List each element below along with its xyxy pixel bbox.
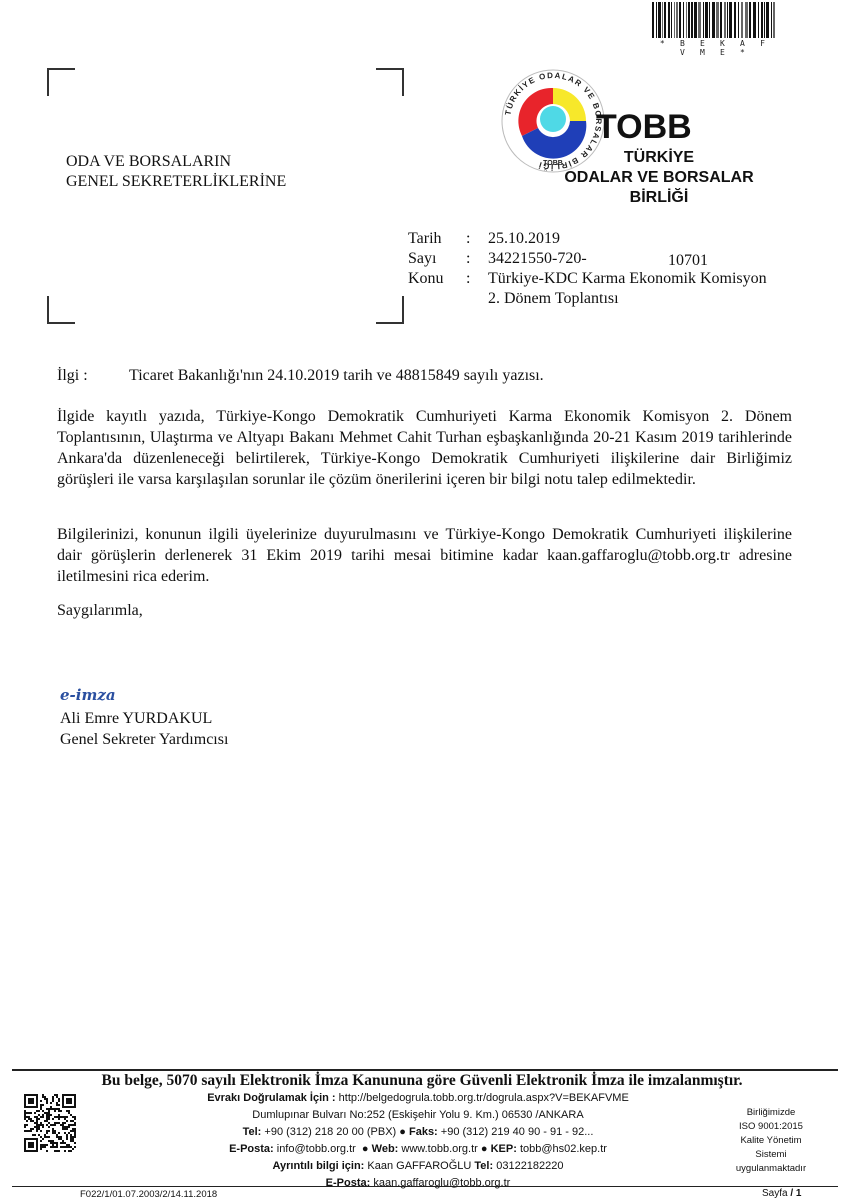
signer-title: Genel Sekreter Yardımcısı (60, 729, 228, 750)
meta-row-date: Tarih : 25.10.2019 (408, 229, 818, 249)
email-link[interactable]: info@tobb.org.tr (277, 1143, 356, 1155)
fax-label: Faks: (409, 1126, 438, 1138)
envelope-corner-bottom-right (376, 296, 404, 324)
number-label: Sayı (408, 249, 466, 269)
reference-label: İlgi : (57, 366, 129, 386)
address-line: Dumlupınar Bulvarı No:252 (Eskişehir Yol… (150, 1107, 686, 1124)
verify-url-link[interactable]: http://belgedogrula.tobb.org.tr/dogrula.… (339, 1092, 629, 1104)
iso-line: ISO 9001:2015 (726, 1120, 816, 1134)
iso-line: Birliğimizde (726, 1106, 816, 1120)
footer-divider-top (12, 1069, 838, 1071)
subject-line: 2. Dönem Toplantısı (488, 289, 818, 309)
recipient-line: ODA VE BORSALARIN (66, 152, 286, 172)
document-meta: Tarih : 25.10.2019 Sayı : 34221550-720-1… (408, 229, 818, 309)
barcode-label: * B E K A F V M E * (652, 39, 778, 57)
org-line: BİRLİĞİ (548, 188, 770, 208)
contact-tel-value: 03122182220 (496, 1160, 563, 1172)
contact-name: Kaan GAFFAROĞLU (367, 1160, 471, 1172)
meta-row-number: Sayı : 34221550-720-10701 (408, 249, 818, 269)
e-signature-mark: e-imza (60, 686, 116, 704)
brand-name: TOBB (596, 108, 692, 146)
envelope-corner-top-left (47, 68, 75, 96)
date-label: Tarih (408, 229, 466, 249)
meta-row-subject: Konu : Türkiye-KDC Karma Ekonomik Komisy… (408, 269, 818, 309)
number-value-wrap: 34221550-720-10701 (488, 249, 818, 269)
iso-line: Kalite Yönetim (726, 1134, 816, 1148)
colon: : (466, 269, 488, 309)
verify-label: Evrakı Doğrulamak İçin : (207, 1092, 335, 1104)
iso-line: uygulanmaktadır (726, 1162, 816, 1176)
contact-tel-label: Tel: (474, 1160, 493, 1172)
subject-line: Türkiye-KDC Karma Ekonomik Komisyon (488, 269, 818, 289)
footer-contact-info: Evrakı Doğrulamak İçin : http://belgedog… (150, 1090, 686, 1192)
signer-block: Ali Emre YURDAKUL Genel Sekreter Yardımc… (60, 708, 228, 750)
page-value: 1 (796, 1188, 802, 1199)
page-number: Sayfa / 1 (762, 1188, 801, 1199)
online-line: E-Posta: info@tobb.org.tr ● Web: www.tob… (150, 1141, 686, 1158)
phone-line: Tel: +90 (312) 218 20 00 (PBX) ● Faks: +… (150, 1124, 686, 1141)
closing-salutation: Saygılarımla, (57, 602, 143, 620)
colon: : (466, 229, 488, 249)
contact-person-line: Ayrıntılı bilgi için: Kaan GAFFAROĞLU Te… (150, 1158, 686, 1175)
org-line: TÜRKİYE (548, 148, 770, 168)
number-suffix: 10701 (668, 251, 708, 271)
kep-link[interactable]: tobb@hs02.kep.tr (520, 1143, 607, 1155)
contact-label: Ayrıntılı bilgi için: (272, 1160, 364, 1172)
fax-value: +90 (312) 219 40 90 - 91 - 92... (441, 1126, 594, 1138)
reference-line: İlgi : Ticaret Bakanlığı'nın 24.10.2019 … (57, 366, 544, 386)
contact-email-label: E-Posta: (326, 1177, 371, 1189)
kep-label: KEP: (491, 1143, 517, 1155)
subject-label: Konu (408, 269, 466, 309)
signer-name: Ali Emre YURDAKUL (60, 708, 228, 729)
colon: : (466, 249, 488, 269)
bullet-separator: ● (362, 1143, 369, 1155)
envelope-corner-bottom-left (47, 296, 75, 324)
recipient-address: ODA VE BORSALARIN GENEL SEKRETERLİKLERİN… (66, 152, 286, 192)
bullet-separator: ● (399, 1126, 406, 1138)
page-label: Sayfa (762, 1188, 788, 1199)
body-paragraph-1: İlgide kayıtlı yazıda, Türkiye-Kongo Dem… (57, 406, 792, 490)
org-line: ODALAR VE BORSALAR (548, 168, 770, 188)
document-barcode (652, 2, 778, 38)
iso-line: Sistemi (726, 1148, 816, 1162)
form-code: F022/1/01.07.2003/2/14.11.2018 (80, 1189, 217, 1200)
reference-text: Ticaret Bakanlığı'nın 24.10.2019 tarih v… (129, 366, 544, 386)
envelope-corner-top-right (376, 68, 404, 96)
recipient-line: GENEL SEKRETERLİKLERİNE (66, 172, 286, 192)
email-label: E-Posta: (229, 1143, 274, 1155)
verify-line: Evrakı Doğrulamak İçin : http://belgedog… (150, 1090, 686, 1107)
page-separator: / (790, 1188, 793, 1199)
subject-value: Türkiye-KDC Karma Ekonomik Komisyon 2. D… (488, 269, 818, 309)
footer-legal-notice: Bu belge, 5070 sayılı Elektronik İmza Ka… (0, 1072, 844, 1090)
organization-name: TÜRKİYE ODALAR VE BORSALAR BİRLİĞİ (548, 148, 770, 208)
number-prefix: 34221550-720- (488, 250, 587, 267)
bullet-separator: ● (481, 1143, 488, 1155)
web-label: Web: (372, 1143, 399, 1155)
contact-email-link[interactable]: kaan.gaffaroglu@tobb.org.tr (373, 1177, 510, 1189)
date-value: 25.10.2019 (488, 229, 818, 249)
web-link[interactable]: www.tobb.org.tr (401, 1143, 477, 1155)
footer-divider-bottom (12, 1186, 838, 1187)
iso-certification-note: Birliğimizde ISO 9001:2015 Kalite Yöneti… (726, 1106, 816, 1176)
body-paragraph-2: Bilgilerinizi, konunun ilgili üyeleriniz… (57, 524, 792, 587)
tel-value: +90 (312) 218 20 00 (PBX) (264, 1126, 396, 1138)
qr-code-icon (24, 1094, 76, 1152)
contact-email-line: E-Posta: kaan.gaffaroglu@tobb.org.tr (150, 1175, 686, 1192)
tel-label: Tel: (243, 1126, 262, 1138)
